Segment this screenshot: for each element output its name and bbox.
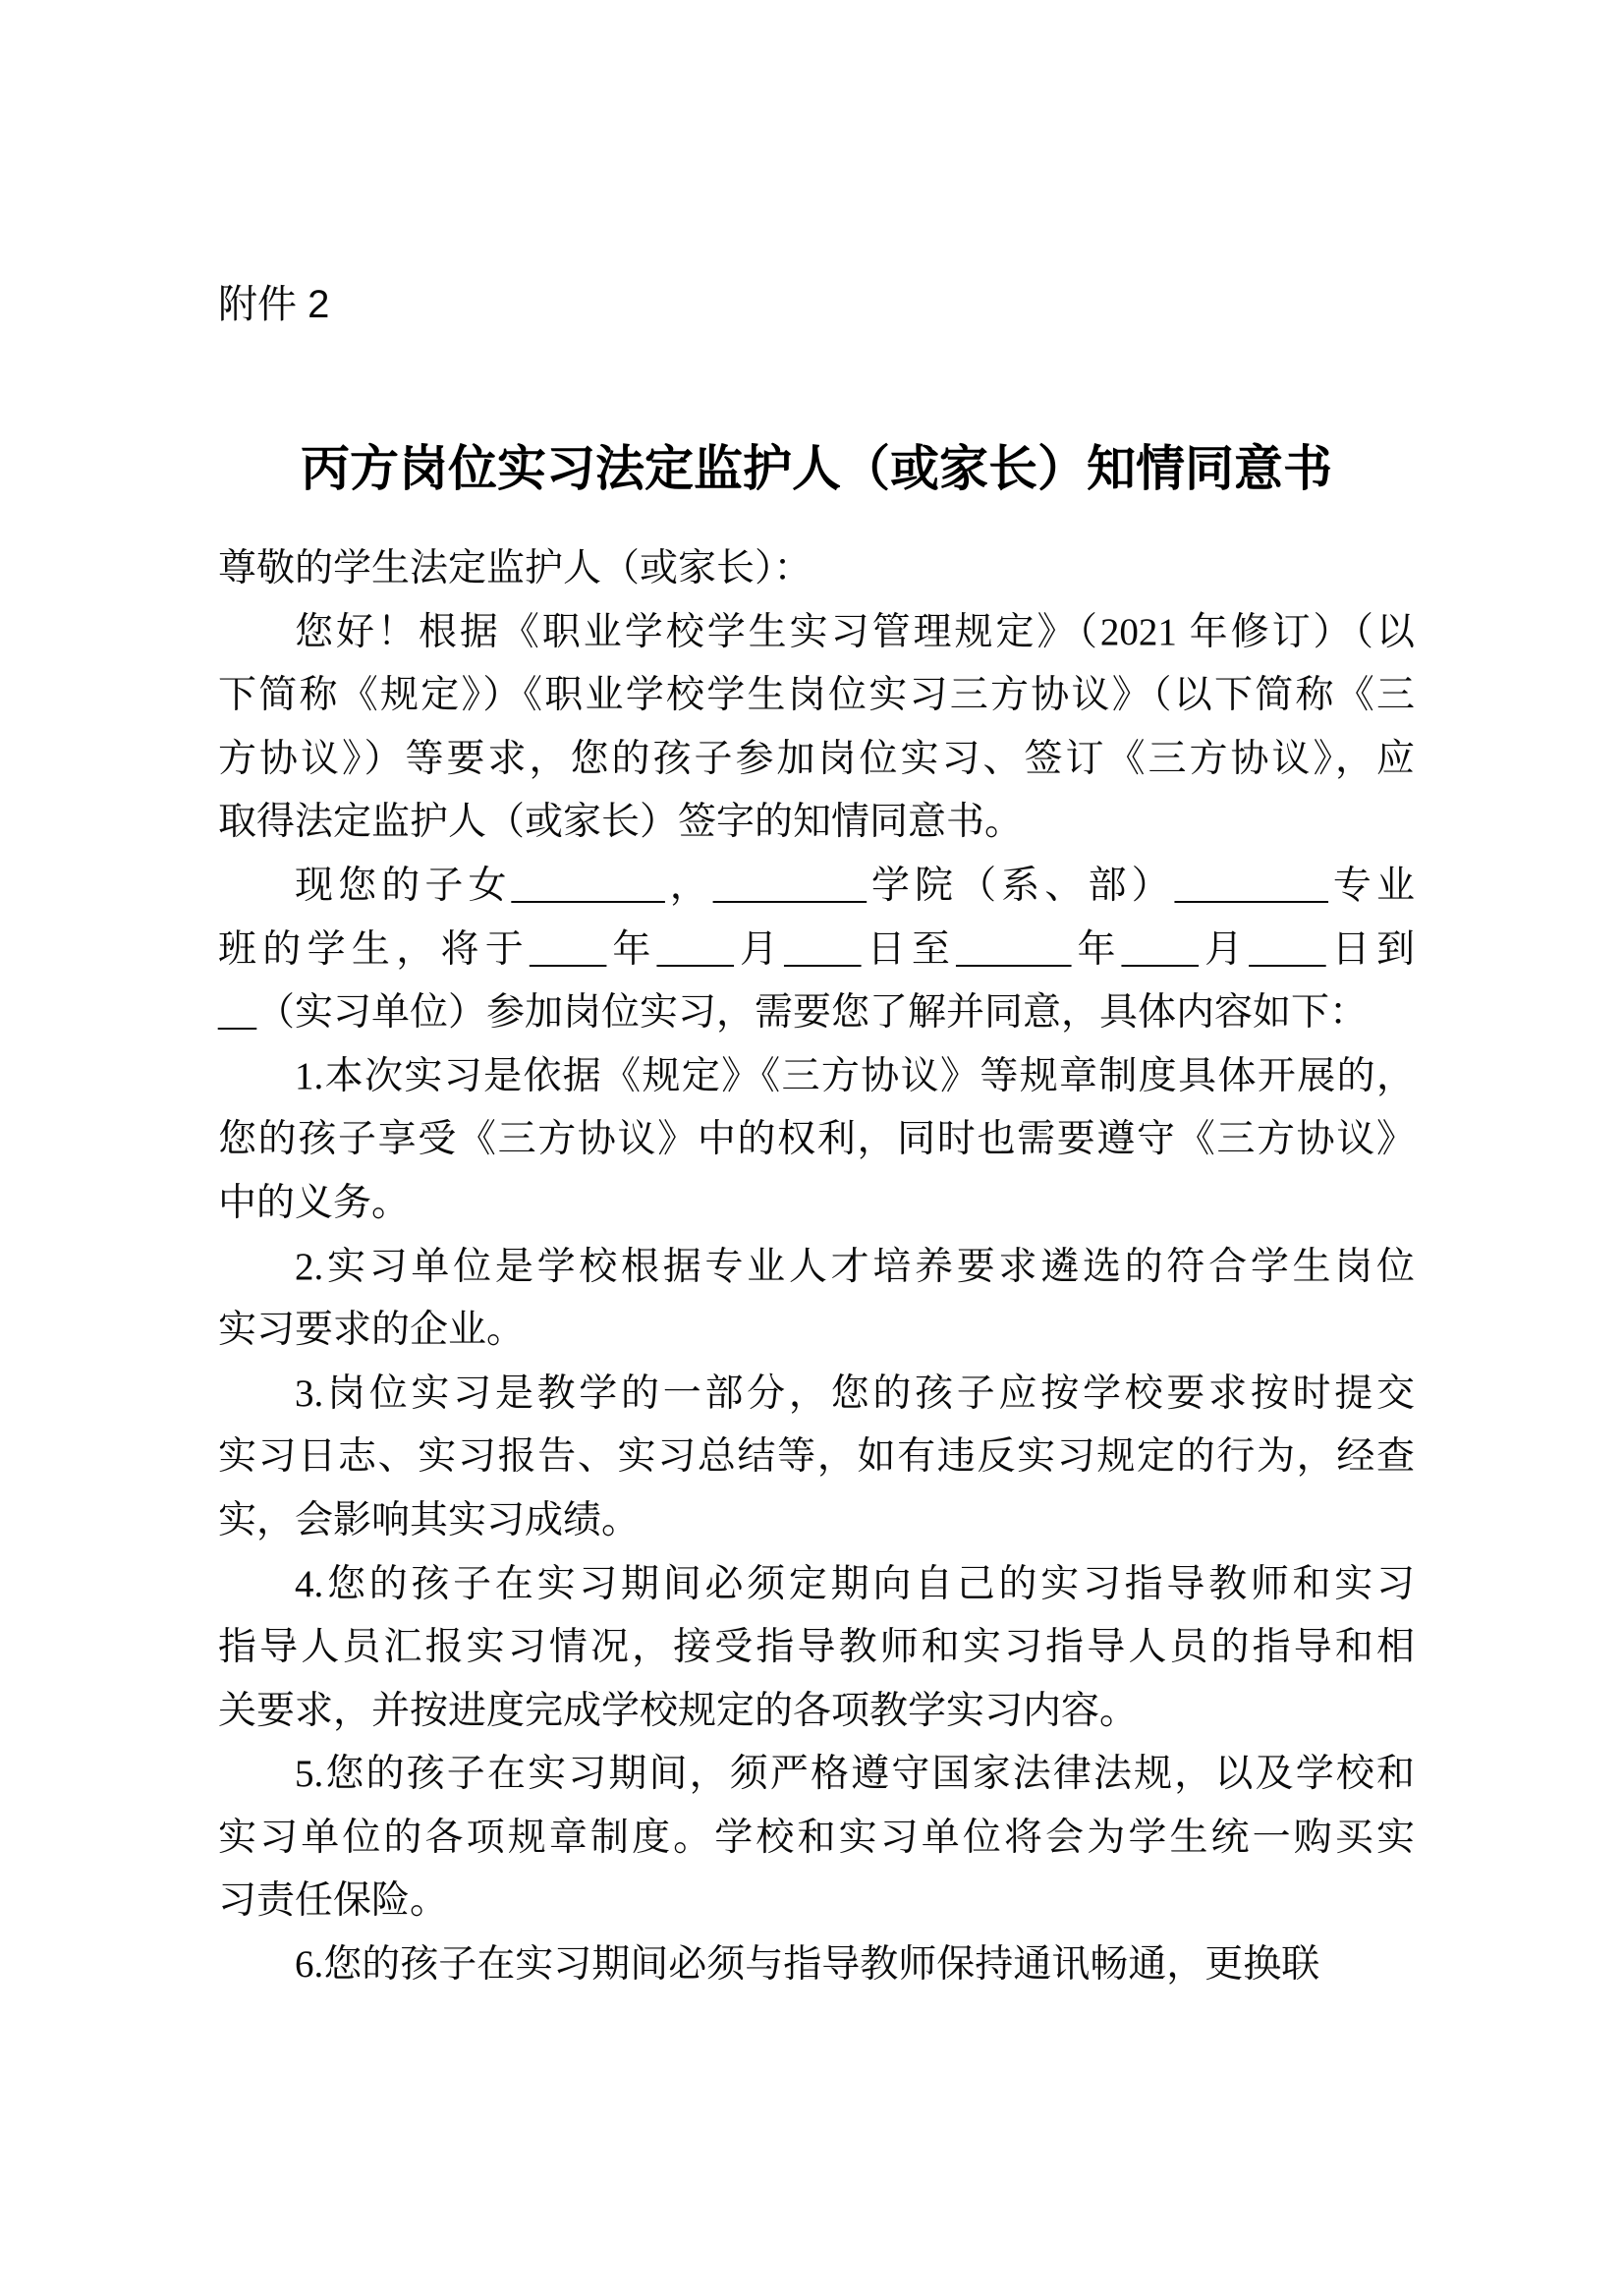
paragraph: 5.您的孩子在实习期间，须严格遵守国家法律法规，以及学校和实习单位的各项规章制度…	[218, 1743, 1415, 1933]
text-line: 中的义务。	[218, 1172, 1415, 1236]
text-line: 3.岗位实习是教学的一部分，您的孩子应按学校要求按时提交	[218, 1363, 1415, 1427]
paragraph: 6.您的孩子在实习期间必须与指导教师保持通讯畅通，更换联	[218, 1933, 1415, 1997]
text-line: __（实习单位）参加岗位实习，需要您了解并同意，具体内容如下：	[218, 981, 1415, 1045]
paragraph: 现您的子女________，________学院（系、部）________专业班…	[218, 855, 1415, 1045]
text-line: 您好！根据《职业学校学生实习管理规定》（2021 年修订）（以	[218, 601, 1415, 665]
text-line: 实习单位的各项规章制度。学校和实习单位将会为学生统一购买实	[218, 1807, 1415, 1871]
text-line: 下简称《规定》）《职业学校学生岗位实习三方协议》（以下简称《三	[218, 664, 1415, 728]
text-line: 2.实习单位是学校根据专业人才培养要求遴选的符合学生岗位	[218, 1236, 1415, 1300]
text-line: 您的孩子享受《三方协议》中的权利，同时也需要遵守《三方协议》	[218, 1108, 1415, 1172]
text-line: 实，会影响其实习成绩。	[218, 1489, 1415, 1553]
text-line: 尊敬的学生法定监护人（或家长）：	[218, 537, 1415, 601]
paragraph: 4.您的孩子在实习期间必须定期向自己的实习指导教师和实习指导人员汇报实习情况，接…	[218, 1553, 1415, 1744]
text-line: 习责任保险。	[218, 1870, 1415, 1933]
text-line: 关要求，并按进度完成学校规定的各项教学实习内容。	[218, 1680, 1415, 1744]
paragraph: 1.本次实习是依据《规定》《三方协议》等规章制度具体开展的，您的孩子享受《三方协…	[218, 1045, 1415, 1236]
paragraph: 您好！根据《职业学校学生实习管理规定》（2021 年修订）（以下简称《规定》）《…	[218, 601, 1415, 855]
text-line: 5.您的孩子在实习期间，须严格遵守国家法律法规，以及学校和	[218, 1743, 1415, 1807]
document-title: 丙方岗位实习法定监护人（或家长）知情同意书	[218, 435, 1415, 502]
text-line: 1.本次实习是依据《规定》《三方协议》等规章制度具体开展的，	[218, 1045, 1415, 1109]
paragraph: 2.实习单位是学校根据专业人才培养要求遴选的符合学生岗位实习要求的企业。	[218, 1236, 1415, 1363]
text-line: 6.您的孩子在实习期间必须与指导教师保持通讯畅通，更换联	[218, 1933, 1415, 1997]
text-line: 指导人员汇报实习情况，接受指导教师和实习指导人员的指导和相	[218, 1616, 1415, 1680]
text-line: 现您的子女________，________学院（系、部）________专业	[218, 855, 1415, 919]
text-line: 实习要求的企业。	[218, 1299, 1415, 1363]
text-line: 取得法定监护人（或家长）签字的知情同意书。	[218, 791, 1415, 855]
text-line: 实习日志、实习报告、实习总结等，如有违反实习规定的行为，经查	[218, 1426, 1415, 1489]
paragraph: 3.岗位实习是教学的一部分，您的孩子应按学校要求按时提交实习日志、实习报告、实习…	[218, 1363, 1415, 1553]
text-line: 4.您的孩子在实习期间必须定期向自己的实习指导教师和实习	[218, 1553, 1415, 1617]
paragraph: 尊敬的学生法定监护人（或家长）：	[218, 537, 1415, 601]
text-line: 班的学生，将于____年____月____日至______年____月____日…	[218, 919, 1415, 982]
document-page: 附件 2 丙方岗位实习法定监护人（或家长）知情同意书 尊敬的学生法定监护人（或家…	[0, 0, 1624, 2296]
document-body: 尊敬的学生法定监护人（或家长）：您好！根据《职业学校学生实习管理规定》（2021…	[218, 537, 1415, 1997]
text-line: 方协议》）等要求，您的孩子参加岗位实习、签订《三方协议》，应	[218, 728, 1415, 792]
attachment-label: 附件 2	[218, 273, 1415, 337]
